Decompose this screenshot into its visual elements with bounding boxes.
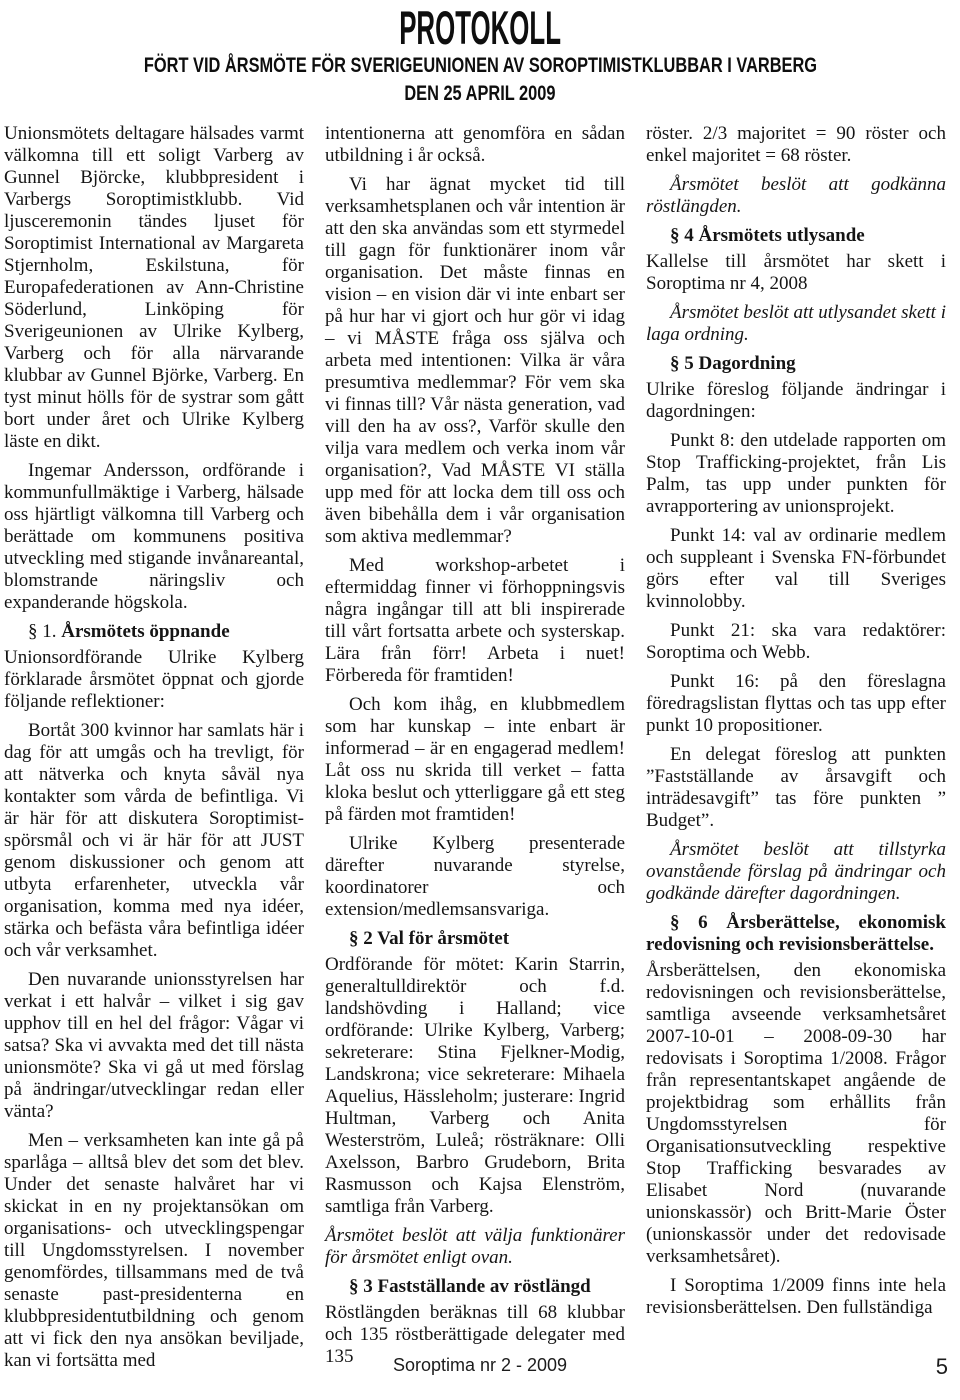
- paragraph: Den nuvarande unionsstyrelsen har verkat…: [4, 969, 304, 1123]
- text-column-2: intentionerna att genomföra en sådan utb…: [325, 123, 625, 1379]
- paragraph: Med workshop-arbetet i eftermiddag finne…: [325, 555, 625, 687]
- journal-issue-label: Soroptima nr 2 - 2009: [0, 1355, 960, 1376]
- paragraph: Ulrike föreslog följande ändringar i dag…: [646, 379, 946, 423]
- paragraph: Kallelse till årsmötet har skett i Sorop…: [646, 251, 946, 295]
- decision-paragraph: Årsmötet beslöt att välja funktionärer f…: [325, 1225, 625, 1269]
- paragraph: röster. 2/3 majoritet = 90 röster och en…: [646, 123, 946, 167]
- paragraph: Årsberättelsen, den ekonomiska redovisni…: [646, 960, 946, 1268]
- paragraph: Men – verksamheten kan inte gå på sparlå…: [4, 1130, 304, 1372]
- paragraph: Unionsmötets deltagare hälsades varmt vä…: [4, 123, 304, 453]
- heading-prefix: § 1.: [28, 621, 61, 642]
- paragraph: Punkt 14: val av ordinarie medlem och su…: [646, 525, 946, 613]
- paragraph: I Soroptima 1/2009 finns inte hela revis…: [646, 1275, 946, 1319]
- subtitle-line-2: DEN 25 APRIL 2009: [0, 80, 960, 108]
- article-columns: Unionsmötets deltagare hälsades varmt vä…: [0, 107, 960, 1379]
- document-header: PROTOKOLL FÖRT VID ÅRSMÖTE FÖR SVERIGEUN…: [0, 0, 960, 107]
- section-heading: § 6 Årsberättelse, ekonomisk redovisning…: [646, 912, 946, 956]
- paragraph: Vi har ägnat mycket tid till verksamhets…: [325, 174, 625, 548]
- text-column-1: Unionsmötets deltagare hälsades varmt vä…: [4, 123, 304, 1379]
- decision-paragraph: Årsmötet beslöt att tillstyrka ovanståen…: [646, 839, 946, 905]
- document-page: PROTOKOLL FÖRT VID ÅRSMÖTE FÖR SVERIGEUN…: [0, 0, 960, 1400]
- page-number: 5: [936, 1354, 948, 1380]
- section-heading: § 4 Årsmötets utlysande: [646, 225, 946, 247]
- document-date: DEN 25 APRIL 2009: [404, 80, 555, 108]
- section-heading: § 5 Dagordning: [646, 353, 946, 375]
- heading-label: Årsmötets öppnande: [61, 621, 229, 642]
- paragraph: Punkt 16: på den föreslagna föredragslis…: [646, 671, 946, 737]
- paragraph: Ingemar Andersson, ordförande i kommunfu…: [4, 460, 304, 614]
- text-column-3: röster. 2/3 majoritet = 90 röster och en…: [646, 123, 946, 1379]
- subtitle-line-1: FÖRT VID ÅRSMÖTE FÖR SVERIGEUNIONEN AV S…: [0, 52, 960, 80]
- paragraph: En delegat föreslog att punkten ”Faststä…: [646, 744, 946, 832]
- decision-paragraph: Årsmötet beslöt att godkänna röstlängden…: [646, 174, 946, 218]
- paragraph: Ordförande för mötet: Karin Starrin, gen…: [325, 954, 625, 1218]
- section-heading: § 2 Val för årsmötet: [325, 928, 625, 950]
- title-line: PROTOKOLL: [0, 4, 960, 52]
- paragraph: Punkt 8: den utdelade rapporten om Stop …: [646, 430, 946, 518]
- section-heading: § 3 Fastställande av röstlängd: [325, 1276, 625, 1298]
- paragraph: Ulrike Kylberg presenterade därefter nuv…: [325, 833, 625, 921]
- paragraph: intentionerna att genomföra en sådan utb…: [325, 123, 625, 167]
- paragraph: Bortåt 300 kvinnor har samlats här i dag…: [4, 720, 304, 962]
- paragraph: Unionsordförande Ulrike Kylberg förklara…: [4, 647, 304, 713]
- paragraph: Och kom ihåg, en klubbmedlem som har kun…: [325, 694, 625, 826]
- paragraph: Punkt 21: ska vara redaktörer: Soroptima…: [646, 620, 946, 664]
- document-subtitle: FÖRT VID ÅRSMÖTE FÖR SVERIGEUNIONEN AV S…: [143, 52, 816, 80]
- document-title: PROTOKOLL: [399, 4, 561, 52]
- section-heading: § 1. Årsmötets öppnande: [4, 621, 304, 643]
- decision-paragraph: Årsmötet beslöt att utlysandet skett i l…: [646, 302, 946, 346]
